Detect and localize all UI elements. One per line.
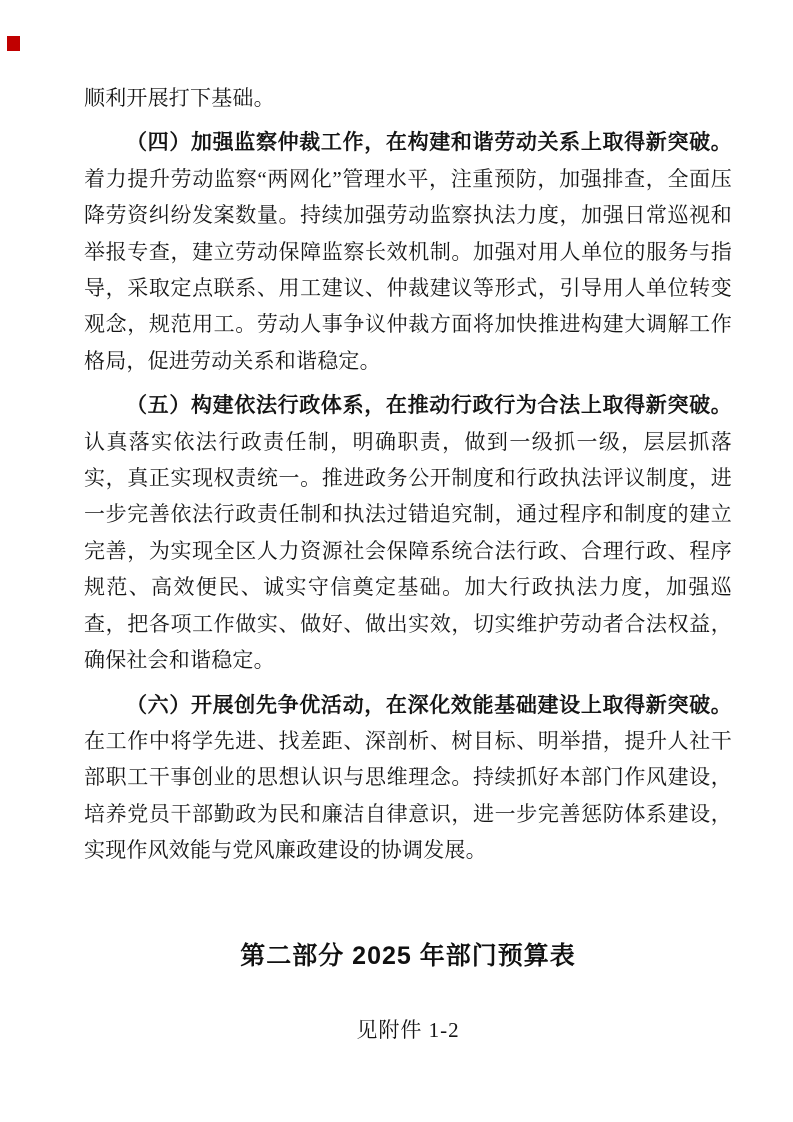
section-paragraph-6: （六）开展创先争优活动，在深化效能基础建设上取得新突破。在工作中将学先进、找差距… [84, 687, 732, 869]
section-heading-6: （六）开展创先争优活动，在深化效能基础建设上取得新突破。 [126, 693, 732, 717]
section-heading-5: （五）构建依法行政体系，在推动行政行为合法上取得新突破。 [126, 393, 732, 417]
document-page: 顺利开展打下基础。 （四）加强监察仲裁工作，在构建和谐劳动关系上取得新突破。着力… [0, 0, 793, 1122]
leading-paragraph: 顺利开展打下基础。 [84, 80, 732, 116]
section-body-4: 着力提升劳动监察“两网化”管理水平，注重预防，加强排查，全面压降劳资纠纷发案数量… [84, 167, 732, 373]
section-paragraph-4: （四）加强监察仲裁工作，在构建和谐劳动关系上取得新突破。着力提升劳动监察“两网化… [84, 124, 732, 379]
leading-paragraph-text: 顺利开展打下基础。 [84, 86, 275, 110]
section-body-5: 认真落实依法行政责任制，明确职责，做到一级抓一级，层层抓落实，真正实现权责统一。… [84, 430, 732, 672]
part-title: 第二部分 2025 年部门预算表 [84, 939, 732, 973]
section-body-6: 在工作中将学先进、找差距、深剖析、树目标、明举措，提升人社干部职工干事创业的思想… [84, 729, 732, 862]
red-stamp-mark [7, 36, 20, 51]
attachment-note: 见附件 1-2 [84, 1015, 732, 1045]
document-content: 顺利开展打下基础。 （四）加强监察仲裁工作，在构建和谐劳动关系上取得新突破。着力… [84, 80, 732, 1045]
section-paragraph-5: （五）构建依法行政体系，在推动行政行为合法上取得新突破。认真落实依法行政责任制，… [84, 387, 732, 678]
section-heading-4: （四）加强监察仲裁工作，在构建和谐劳动关系上取得新突破。 [126, 130, 732, 154]
